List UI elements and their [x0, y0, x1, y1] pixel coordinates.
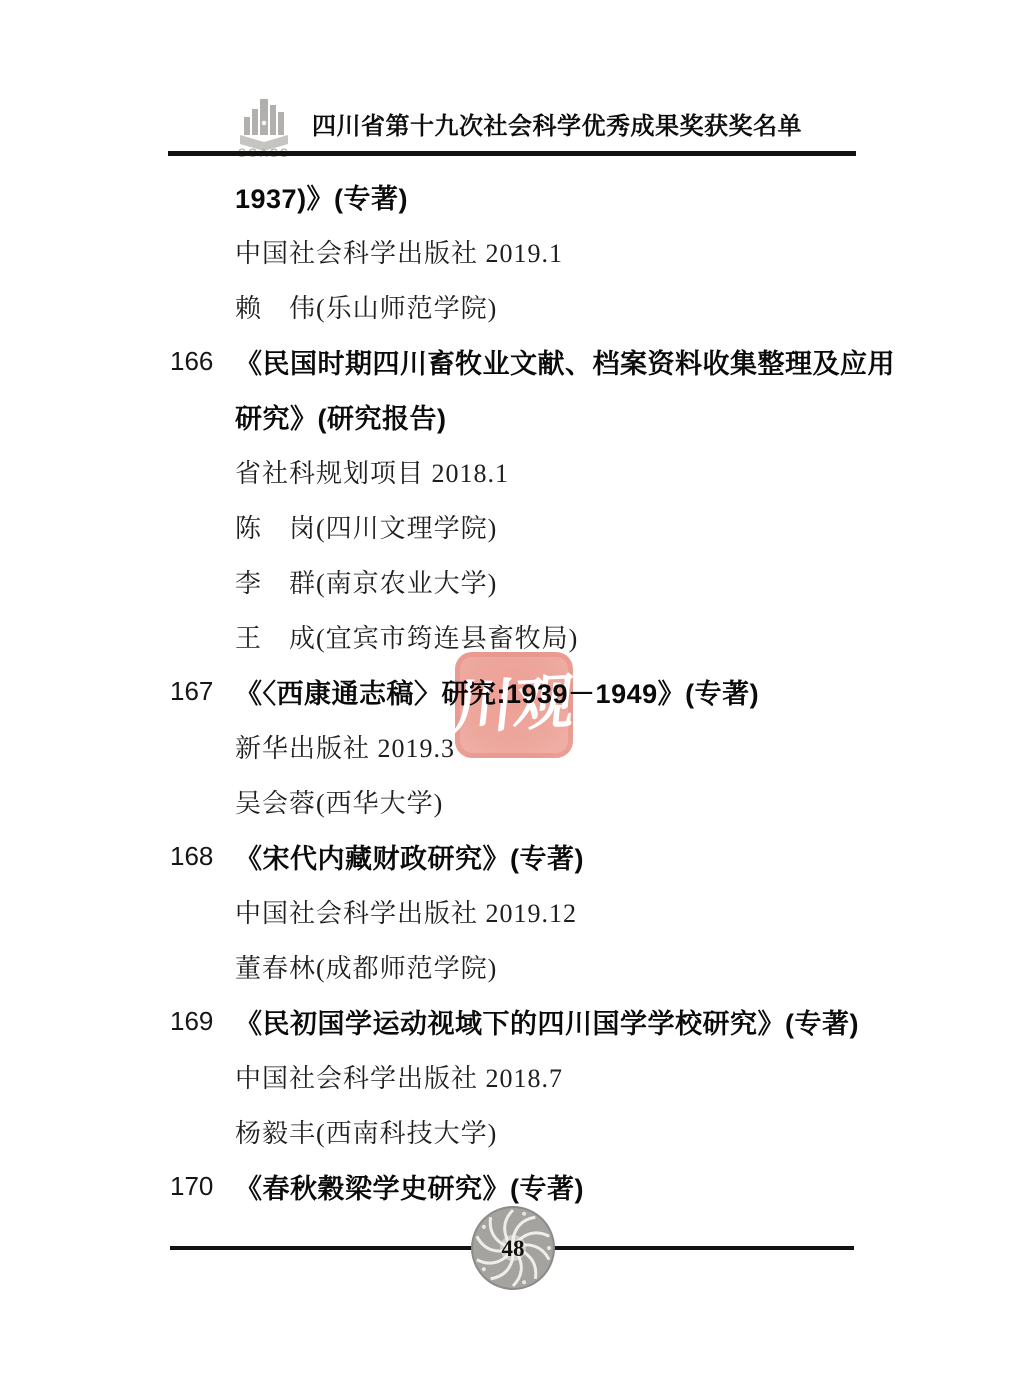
entry-line: 169《民初国学运动视域下的四川国学学校研究》(专著)	[170, 994, 865, 1049]
page-number: 48	[502, 1236, 525, 1261]
entry-title-text: 研究》(研究报告)	[235, 397, 446, 436]
entry-title-text: 《民国时期四川畜牧业文献、档案资料收集整理及应用	[235, 342, 895, 381]
entry-line: 中国社会科学出版社 2019.12	[170, 884, 865, 939]
entry-line: 中国社会科学出版社 2019.1	[170, 224, 865, 279]
entry-line: 研究》(研究报告)	[170, 389, 865, 444]
entry-publisher-text: 新华出版社 2019.3	[235, 728, 455, 765]
entry-line: 王 成(宜宾市筠连县畜牧局)	[170, 609, 865, 664]
entry-number: 166	[170, 346, 235, 377]
entry-line: 董春林(成都师范学院)	[170, 939, 865, 994]
entry-line: 赖 伟(乐山师范学院)	[170, 279, 865, 334]
entries: 1937)》(专著)中国社会科学出版社 2019.1赖 伟(乐山师范学院)166…	[170, 169, 865, 1214]
entry-line: 新华出版社 2019.3	[170, 719, 865, 774]
entry-line: 166《民国时期四川畜牧业文献、档案资料收集整理及应用	[170, 334, 865, 389]
entry-line: 168《宋代内藏财政研究》(专著)	[170, 829, 865, 884]
entry-author-text: 杨毅丰(西南科技大学)	[235, 1113, 497, 1150]
entry-author-text: 赖 伟(乐山师范学院)	[235, 288, 497, 325]
entry-line: 吴会蓉(西华大学)	[170, 774, 865, 829]
entry-number: 169	[170, 1006, 235, 1037]
page-number-medallion: 48	[470, 1205, 556, 1291]
entry-publisher-text: 省社科规划项目 2018.1	[235, 453, 509, 490]
entry-author-text: 吴会蓉(西华大学)	[235, 783, 443, 820]
entry-author-text: 王 成(宜宾市筠连县畜牧局)	[235, 618, 578, 655]
entry-title-text: 《民初国学运动视域下的四川国学学校研究》(专著)	[235, 1002, 859, 1041]
entry-author-text: 董春林(成都师范学院)	[235, 948, 497, 985]
entry-line: 1937)》(专著)	[170, 169, 865, 224]
entry-line: 李 群(南京农业大学)	[170, 554, 865, 609]
entry-line: 省社科规划项目 2018.1	[170, 444, 865, 499]
entry-publisher-text: 中国社会科学出版社 2019.1	[235, 233, 563, 270]
entry-number: 168	[170, 841, 235, 872]
entry-number: 167	[170, 676, 235, 707]
entry-line: 中国社会科学出版社 2018.7	[170, 1049, 865, 1104]
header-rule	[168, 151, 856, 156]
entry-publisher-text: 中国社会科学出版社 2019.12	[235, 893, 577, 930]
entry-author-text: 李 群(南京农业大学)	[235, 563, 497, 600]
entry-publisher-text: 中国社会科学出版社 2018.7	[235, 1058, 563, 1095]
entry-line: 杨毅丰(西南科技大学)	[170, 1104, 865, 1159]
entry-line: 陈 岗(四川文理学院)	[170, 499, 865, 554]
entry-title-text: 《宋代内藏财政研究》(专著)	[235, 837, 584, 876]
entry-line: 167《〈西康通志稿〉研究:1939－1949》(专著)	[170, 664, 865, 719]
entry-title-text: 《春秋穀梁学史研究》(专著)	[235, 1167, 584, 1206]
entry-title-text: 1937)》(专著)	[235, 177, 408, 216]
entry-title-text: 《〈西康通志稿〉研究:1939－1949》(专著)	[235, 672, 759, 711]
entry-author-text: 陈 岗(四川文理学院)	[235, 508, 497, 545]
document-page: { "header": { "logo_acronym": "SGASS", "…	[0, 0, 1024, 1380]
entry-number: 170	[170, 1171, 235, 1202]
page-title: 四川省第十九次社会科学优秀成果奖获奖名单	[312, 106, 802, 141]
